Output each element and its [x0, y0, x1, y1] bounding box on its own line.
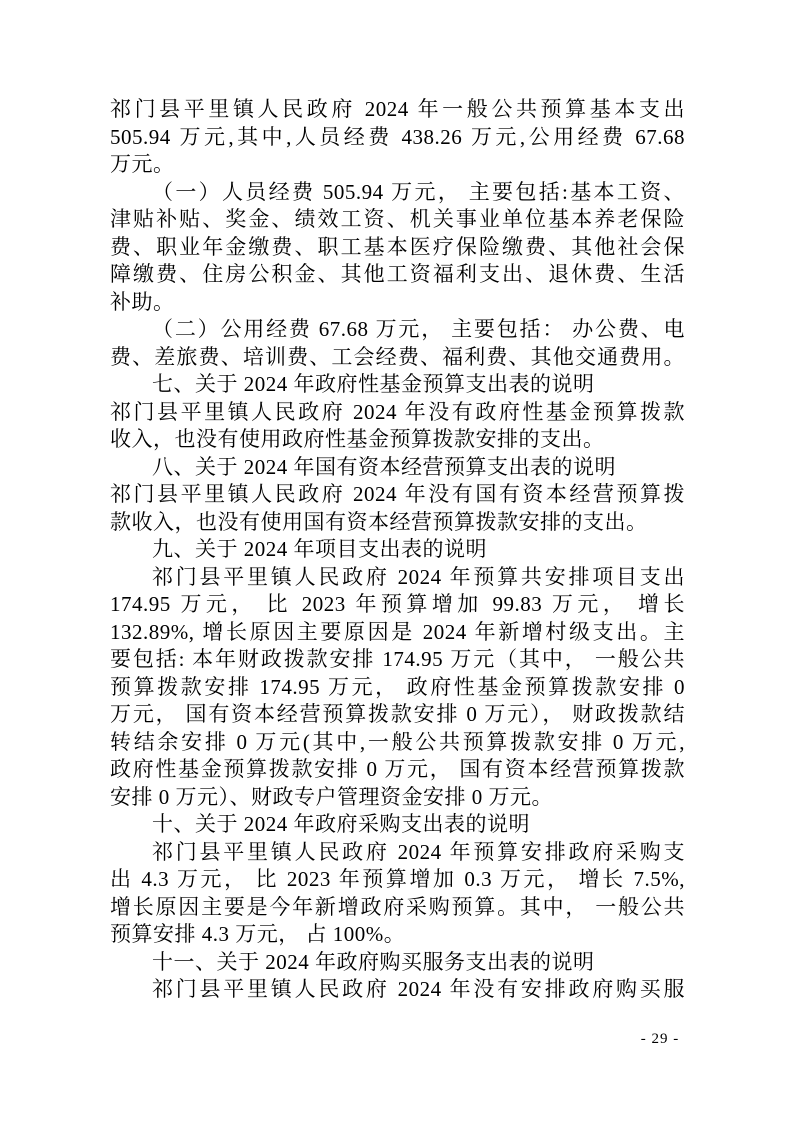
text-line: 祁门县平里镇人民政府 2024 年预算安排政府采购支 — [110, 839, 685, 867]
document-body: 祁门县平里镇人民政府 2024 年一般公共预算基本支出 505.94 万元,其中… — [110, 96, 685, 1004]
text-line: 祁门县平里镇人民政府 2024 年预算共安排项目支出 — [110, 564, 685, 592]
text-line: 预算拨款安排 174.95 万元， 政府性基金预算拨款安排 0 — [110, 674, 685, 702]
text-line: 132.89%, 增长原因主要原因是 2024 年新增村级支出。主 — [110, 619, 685, 647]
text-line: 增长原因主要是今年新增政府采购预算。其中， 一般公共 — [110, 894, 685, 922]
text-line: 505.94 万元,其中,人员经费 438.26 万元,公用经费 67.68 — [110, 124, 685, 152]
text-line: 祁门县平里镇人民政府 2024 年没有政府性基金预算拨款 — [110, 399, 685, 427]
text-line: 收入，也没有使用政府性基金预算拨款安排的支出。 — [110, 426, 685, 454]
text-line: 安排 0 万元）、财政专户管理资金安排 0 万元。 — [110, 784, 685, 812]
document-page: 祁门县平里镇人民政府 2024 年一般公共预算基本支出 505.94 万元,其中… — [0, 0, 793, 1122]
text-line: 费、差旅费、培训费、工会经费、福利费、其他交通费用。 — [110, 344, 685, 372]
section-heading-line: 九、关于 2024 年项目支出表的说明 — [110, 536, 685, 564]
text-line: 祁门县平里镇人民政府 2024 年没有安排政府购买服 — [110, 976, 685, 1004]
text-line: 出 4.3 万元， 比 2023 年预算增加 0.3 万元， 增长 7.5%, — [110, 866, 685, 894]
text-line: 转结余安排 0 万元(其中,一般公共预算拨款安排 0 万元, — [110, 729, 685, 757]
text-line: 祁门县平里镇人民政府 2024 年一般公共预算基本支出 — [110, 96, 685, 124]
document-viewport: { "colors": { "background": "#ffffff", "… — [0, 0, 793, 1122]
text-line: 障缴费、住房公积金、其他工资福利支出、退休费、生活 — [110, 261, 685, 289]
section-heading-line: 八、关于 2024 年国有资本经营预算支出表的说明 — [110, 454, 685, 482]
text-line: 万元， 国有资本经营预算拨款安排 0 万元）， 财政拨款结 — [110, 701, 685, 729]
text-line: 预算安排 4.3 万元， 占 100%。 — [110, 921, 685, 949]
section-heading-line: 七、关于 2024 年政府性基金预算支出表的说明 — [110, 371, 685, 399]
text-line: 要包括: 本年财政拨款安排 174.95 万元（其中， 一般公共 — [110, 646, 685, 674]
text-line: 政府性基金预算拨款安排 0 万元， 国有资本经营预算拨款 — [110, 756, 685, 784]
text-line: 万元。 — [110, 151, 685, 179]
section-heading-line: 十一、关于 2024 年政府购买服务支出表的说明 — [110, 949, 685, 977]
text-line: 174.95 万元， 比 2023 年预算增加 99.83 万元， 增长 — [110, 591, 685, 619]
text-line: 款收入，也没有使用国有资本经营预算拨款安排的支出。 — [110, 509, 685, 537]
section-heading-line: 十、关于 2024 年政府采购支出表的说明 — [110, 811, 685, 839]
page-number: - 29 - — [610, 1031, 710, 1048]
text-line: 祁门县平里镇人民政府 2024 年没有国有资本经营预算拨 — [110, 481, 685, 509]
text-line: 费、职业年金缴费、职工基本医疗保险缴费、其他社会保 — [110, 234, 685, 262]
text-line: （一）人员经费 505.94 万元， 主要包括:基本工资、 — [110, 179, 685, 207]
text-line: 补助。 — [110, 289, 685, 317]
text-line: （二）公用经费 67.68 万元， 主要包括： 办公费、电 — [110, 316, 685, 344]
text-line: 津贴补贴、奖金、绩效工资、机关事业单位基本养老保险 — [110, 206, 685, 234]
